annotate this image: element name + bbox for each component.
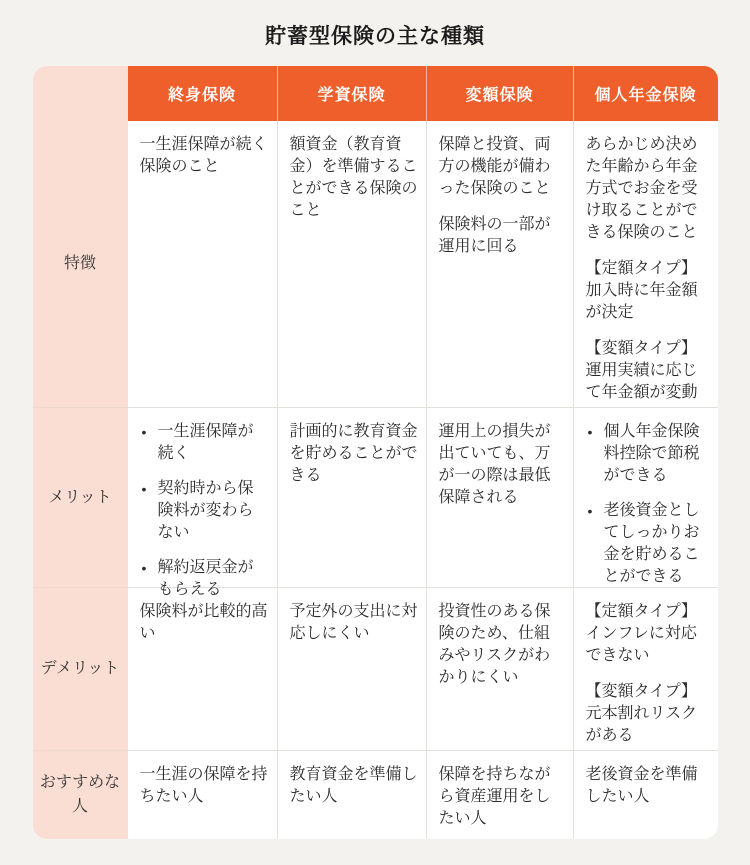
cell-paragraph: 保障と投資、両方の機能が備わった保険のこと	[439, 134, 565, 200]
table-cell-features-col0: 一生涯保障が続く保険のこと	[128, 121, 277, 407]
cell-paragraph: 計画的に教育資金を貯めることができる	[290, 421, 418, 487]
table-cell-merits-col3: 個人年金保険料控除で節税ができる老後資金としてしっかりお金を貯めることができる	[573, 407, 718, 587]
cell-paragraph: 保険料が比較的高い	[140, 601, 269, 645]
cell-paragraph: 【定額タイプ】加入時に年金額が決定	[586, 258, 710, 324]
column-header-educational: 学資保険	[277, 66, 426, 121]
column-header-whole-life: 終身保険	[128, 66, 277, 121]
table-cell-recommended-for-col0: 一生涯の保障を持ちたい人	[128, 750, 277, 839]
bullet-list: 一生涯保障が続く契約時から保険料が変わらない解約返戻金がもらえる	[140, 421, 269, 601]
insurance-table: 終身保険 学資保険 変額保険 個人年金保険 特徴一生涯保障が続く保険のこと額資金…	[33, 66, 718, 839]
page-title: 貯蓄型保険の主な種類	[0, 20, 750, 50]
bullet-item: 一生涯保障が続く	[140, 421, 269, 465]
cell-paragraph: 一生涯保障が続く保険のこと	[140, 134, 269, 178]
table-cell-features-col3: あらかじめ決めた年齢から年金方式でお金を受け取ることができる保険のこと【定額タイ…	[573, 121, 718, 407]
cell-paragraph: 運用上の損失が出ていても、万が一の際は最低保障される	[439, 421, 565, 509]
table-cell-recommended-for-col1: 教育資金を準備したい人	[277, 750, 426, 839]
bullet-item: 老後資金としてしっかりお金を貯めることができる	[586, 500, 710, 588]
cell-paragraph: 老後資金を準備したい人	[586, 764, 710, 808]
table-cell-demerits-col0: 保険料が比較的高い	[128, 587, 277, 750]
row-label-recommended-for: おすすめな人	[33, 750, 128, 839]
table-cell-features-col1: 額資金（教育資金）を準備することができる保険のこと	[277, 121, 426, 407]
bullet-item: 解約返戻金がもらえる	[140, 557, 269, 601]
cell-paragraph: 教育資金を準備したい人	[290, 764, 418, 808]
cell-paragraph: 投資性のある保険のため、仕組みやリスクがわかりにくい	[439, 601, 565, 689]
table-corner-cell	[33, 66, 128, 121]
cell-paragraph: 保険料の一部が運用に回る	[439, 214, 565, 258]
table-cell-merits-col0: 一生涯保障が続く契約時から保険料が変わらない解約返戻金がもらえる	[128, 407, 277, 587]
table-cell-demerits-col2: 投資性のある保険のため、仕組みやリスクがわかりにくい	[426, 587, 573, 750]
table-cell-features-col2: 保障と投資、両方の機能が備わった保険のこと保険料の一部が運用に回る	[426, 121, 573, 407]
cell-paragraph: 額資金（教育資金）を準備することができる保険のこと	[290, 134, 418, 222]
table-cell-recommended-for-col3: 老後資金を準備したい人	[573, 750, 718, 839]
table-cell-demerits-col3: 【定額タイプ】インフレに対応できない【変額タイプ】元本割れリスクがある	[573, 587, 718, 750]
column-header-individual-annuity: 個人年金保険	[573, 66, 718, 121]
table-cell-recommended-for-col2: 保障を持ちながら資産運用をしたい人	[426, 750, 573, 839]
bullet-item: 契約時から保険料が変わらない	[140, 478, 269, 544]
row-label-merits: メリット	[33, 407, 128, 587]
cell-paragraph: 【変額タイプ】元本割れリスクがある	[586, 681, 710, 747]
cell-paragraph: 予定外の支出に対応しにくい	[290, 601, 418, 645]
column-header-variable: 変額保険	[426, 66, 573, 121]
table-cell-merits-col1: 計画的に教育資金を貯めることができる	[277, 407, 426, 587]
cell-paragraph: 【定額タイプ】インフレに対応できない	[586, 601, 710, 667]
table-cell-demerits-col1: 予定外の支出に対応しにくい	[277, 587, 426, 750]
cell-paragraph: 保障を持ちながら資産運用をしたい人	[439, 764, 565, 830]
cell-paragraph: 【変額タイプ】運用実績に応じて年金額が変動	[586, 338, 710, 404]
cell-paragraph: あらかじめ決めた年齢から年金方式でお金を受け取ることができる保険のこと	[586, 134, 710, 244]
row-label-features: 特徴	[33, 121, 128, 407]
bullet-item: 個人年金保険料控除で節税ができる	[586, 421, 710, 487]
table-cell-merits-col2: 運用上の損失が出ていても、万が一の際は最低保障される	[426, 407, 573, 587]
row-label-demerits: デメリット	[33, 587, 128, 750]
cell-paragraph: 一生涯の保障を持ちたい人	[140, 764, 269, 808]
bullet-list: 個人年金保険料控除で節税ができる老後資金としてしっかりお金を貯めることができる	[586, 421, 710, 588]
page: 貯蓄型保険の主な種類 終身保険 学資保険 変額保険 個人年金保険 特徴一生涯保障…	[0, 0, 750, 865]
